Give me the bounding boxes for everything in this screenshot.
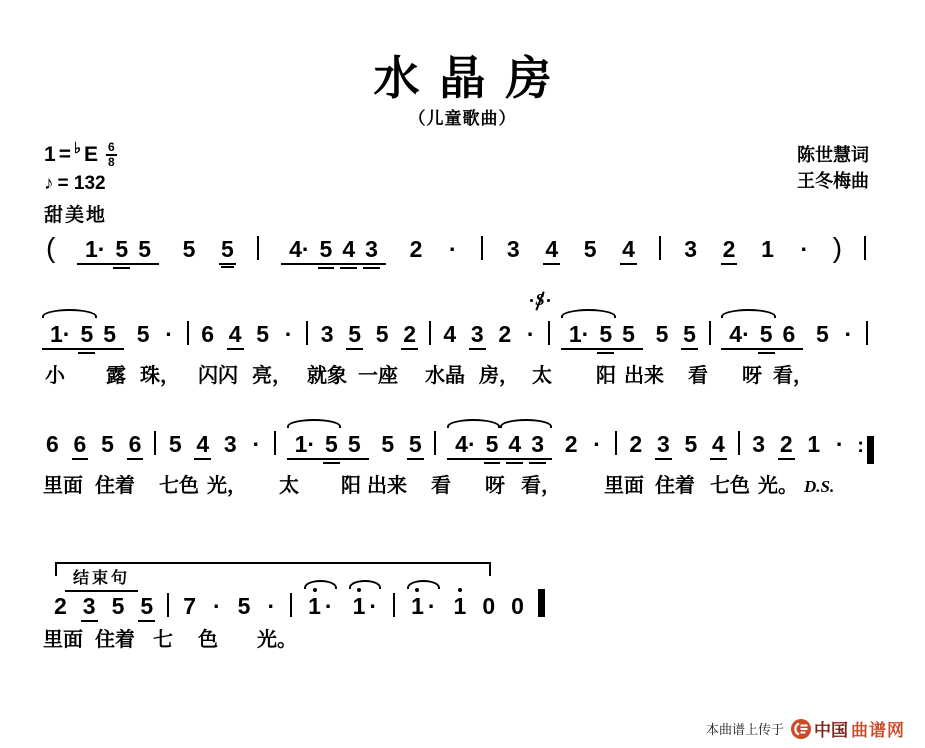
note: 2 (401, 323, 418, 350)
thick-bar (867, 436, 874, 464)
note: 5 (315, 238, 338, 261)
duration-dot: · (264, 595, 278, 618)
lyric-syllable: 阳 (596, 364, 616, 388)
note: 1 (351, 595, 368, 618)
lyric-syllable: 住着 (95, 474, 135, 498)
segno-icon: S (530, 290, 550, 314)
key-signature: 1 = ♭ E 6 8 (44, 140, 117, 168)
note: 1 (452, 595, 469, 618)
note: 2 (778, 433, 795, 460)
lyric-syllable: 太 (279, 474, 299, 498)
barline (709, 321, 711, 345)
barline (274, 431, 276, 455)
note: 3 (360, 238, 383, 261)
lyrics-line-1: 小露珠，闪闪亮，就象一座水晶房，太阳出来看呀看， (0, 364, 813, 388)
note: 5 (75, 323, 98, 346)
note: 3 (469, 323, 486, 350)
note: 6 (44, 433, 61, 456)
beam-group: 4·543 (281, 238, 386, 265)
note: 5 (99, 433, 116, 456)
slur (287, 419, 342, 428)
note: 4 (441, 323, 458, 346)
beam-group: 1·55 (42, 323, 124, 350)
slur (447, 419, 499, 428)
slur (407, 580, 439, 589)
lyric-syllable: 阳 (341, 474, 361, 498)
note: 5 (133, 238, 156, 261)
note: 3 (505, 238, 522, 261)
lyric-syllable: 呀 (485, 474, 505, 498)
barline: S (548, 321, 550, 345)
music-line-1: (1·55554·5432·3454321·) (46, 232, 866, 265)
duration-dot: · (590, 433, 604, 456)
slur (304, 580, 336, 589)
tie-group: 1· (304, 595, 336, 618)
barline (481, 236, 483, 260)
composer-credit: 王冬梅曲 (797, 168, 869, 194)
duration-dot: · (833, 433, 847, 456)
beam-group: 1·55 (287, 433, 369, 460)
note: 5 (343, 433, 366, 456)
barline (187, 321, 189, 345)
expression-marking: 甜美地 (44, 200, 117, 227)
lyric-syllable: 出来 (367, 474, 407, 498)
lyric-syllable: 光。 (257, 628, 297, 652)
note: 5 (346, 323, 363, 350)
lyric-syllable: 呀 (742, 364, 762, 388)
score-meta: 1 = ♭ E 6 8 ♪ = 132 甜美地 (44, 140, 117, 227)
note: 5 (181, 238, 198, 261)
site-name-part1: 中国 (814, 716, 848, 741)
footer: 本曲谱上传于 中国 曲谱网 (706, 716, 905, 741)
note: 4 (337, 238, 360, 261)
duration-dot: · (524, 323, 538, 346)
note: 5 (594, 323, 617, 346)
note: 6 (199, 323, 216, 346)
note: 1· (80, 238, 110, 261)
meter-numerator: 6 (106, 141, 117, 156)
lyrics-line-2: 里面住着七色光，太阳出来看呀看，里面住着七色光。D.S. (0, 474, 834, 498)
lyric-syllable: 珠， (140, 364, 180, 388)
duration-dot: · (210, 595, 224, 618)
meter-denominator: 8 (108, 156, 115, 169)
note: · (323, 595, 335, 618)
barline (167, 593, 169, 617)
beam-group: 4·543 (447, 433, 552, 460)
lyric-syllable: 就象 (307, 364, 347, 388)
note: 1· (290, 433, 320, 456)
thick-bar (538, 589, 545, 617)
barline (866, 321, 868, 345)
note: 4 (710, 433, 727, 460)
lyric-syllable: 看， (521, 474, 561, 498)
note: 2 (627, 433, 644, 456)
slur (500, 419, 552, 428)
footer-note: 本曲谱上传于 (706, 719, 784, 738)
slur (42, 309, 97, 318)
note: 3 (81, 595, 98, 622)
note: 3 (750, 433, 767, 456)
note: 4 (227, 323, 244, 350)
note: 1· (564, 323, 594, 346)
duration-dot: · (446, 238, 460, 261)
note: 3 (526, 433, 549, 456)
note: 2 (408, 238, 425, 261)
slur (349, 580, 381, 589)
note: 5 (379, 433, 396, 456)
close-paren: ) (833, 232, 842, 264)
lyric-syllable: 房， (479, 364, 519, 388)
note: 3 (319, 323, 336, 346)
note: 5 (755, 323, 778, 346)
note: 3 (222, 433, 239, 456)
note: 4· (450, 433, 480, 456)
lyric-syllable: 看， (773, 364, 813, 388)
lyric-syllable: 住着 (655, 474, 695, 498)
tempo-marking: ♪ = 132 (44, 173, 117, 196)
repeat-dots: : (857, 435, 864, 458)
lyric-syllable: 里面 (43, 628, 83, 652)
note: 5 (407, 433, 424, 460)
flat-sign-icon: ♭ (74, 141, 81, 156)
page-title: 水晶房 (0, 42, 925, 108)
site-logo: 中国 曲谱网 (791, 716, 905, 741)
barline (864, 236, 866, 260)
lyric-syllable: 水晶 (425, 364, 465, 388)
lyricist-credit: 陈世慧词 (797, 142, 869, 168)
note: 1 (805, 433, 822, 456)
lyric-syllable: 看 (431, 474, 451, 498)
lyric-syllable: 出来 (624, 364, 664, 388)
note: 5 (138, 595, 155, 622)
note: 5 (582, 238, 599, 261)
note: 0 (480, 595, 497, 618)
barline (738, 431, 740, 455)
note: 5 (681, 323, 698, 350)
note: 6 (127, 433, 144, 460)
note: 4 (543, 238, 560, 265)
lyrics-line-3: 里面住着七色光。 (0, 628, 297, 652)
note: 5 (110, 238, 133, 261)
segno-dot (547, 299, 550, 302)
barline (257, 236, 259, 260)
barline (615, 431, 617, 455)
note: 3 (655, 433, 672, 460)
note: 5 (374, 323, 391, 346)
final-barline (538, 589, 545, 617)
note: 5 (682, 433, 699, 456)
lyric-syllable: 住着 (95, 628, 135, 652)
music-line-2: 1·555·645·3552432·S1·55554·565· (42, 318, 868, 350)
note: 5 (135, 323, 152, 346)
note: 2 (721, 238, 738, 265)
tie-group: 1· (349, 595, 381, 618)
barline (434, 431, 436, 455)
note: 4 (194, 433, 211, 460)
eighth-note-icon: ♪ (44, 173, 54, 196)
key-letter: E (84, 144, 98, 165)
lyric-syllable: 七 (153, 628, 173, 652)
lyric-syllable: 亮， (252, 364, 292, 388)
note: 5 (320, 433, 343, 456)
note: 5 (654, 323, 671, 346)
note: · (367, 595, 379, 618)
lyric-syllable: 一座 (358, 364, 398, 388)
barline (393, 593, 395, 617)
barline (290, 593, 292, 617)
beam-group: 1·55 (561, 323, 643, 350)
duration-dot: · (282, 323, 296, 346)
lyric-syllable: 里面 (43, 474, 83, 498)
note: 1· (45, 323, 75, 346)
note: 3 (682, 238, 699, 261)
note: 4 (620, 238, 637, 265)
beam-group: 1·55 (77, 238, 159, 265)
lyric-syllable: 光。 (758, 474, 798, 498)
lyric-syllable: 小 (45, 364, 65, 388)
beam-group: 4·56 (721, 323, 803, 350)
score-page: 水晶房 （儿童歌曲） 1 = ♭ E 6 8 ♪ = 132 甜美地 陈世慧词 … (0, 0, 925, 748)
note: 5 (617, 323, 640, 346)
lyric-syllable: 太 (532, 364, 552, 388)
segno-dot (530, 299, 533, 302)
open-paren: ( (46, 232, 55, 264)
lyric-syllable: 七色 (710, 474, 750, 498)
subtitle: （儿童歌曲） (0, 104, 925, 129)
note: 1 (306, 595, 323, 618)
note: 6 (72, 433, 89, 460)
time-signature: 6 8 (106, 141, 117, 169)
note: 5 (98, 323, 121, 346)
note: 1 (409, 595, 426, 618)
note: 2 (563, 433, 580, 456)
note: 5 (110, 595, 127, 618)
note: 5 (236, 595, 253, 618)
note: 4· (724, 323, 754, 346)
note: 7 (181, 595, 198, 618)
note: 2 (52, 595, 69, 618)
credits: 陈世慧词 王冬梅曲 (797, 142, 869, 194)
note: 5 (254, 323, 271, 346)
note: 5 (814, 323, 831, 346)
tempo-value: = 132 (58, 173, 106, 196)
lyric-syllable: 里面 (604, 474, 644, 498)
tie-group: 1· (407, 595, 439, 618)
note: 4· (284, 238, 314, 261)
site-name-part2: 曲谱网 (851, 716, 905, 741)
note: 4 (503, 433, 526, 456)
barline (429, 321, 431, 345)
lyric-syllable: 七色 (159, 474, 199, 498)
note: 5 (167, 433, 184, 456)
site-logo-icon (791, 719, 811, 739)
barline (306, 321, 308, 345)
lyric-syllable: 看 (688, 364, 708, 388)
note: 5 (481, 433, 504, 456)
slur (721, 309, 776, 318)
lyric-syllable: 色 (198, 628, 218, 652)
duration-dot: · (842, 323, 856, 346)
note: · (426, 595, 438, 618)
duration-dot: · (162, 323, 176, 346)
key-num: 1 (44, 144, 56, 165)
note: 1 (759, 238, 776, 261)
key-equals: = (59, 144, 71, 165)
note: 2 (496, 323, 513, 346)
duration-dot: · (249, 433, 263, 456)
note: 6 (778, 323, 801, 346)
lyric-syllable: 露 (106, 364, 126, 388)
repeat-end-barline: : (857, 436, 874, 464)
lyric-syllable: 光， (207, 474, 247, 498)
barline (659, 236, 661, 260)
duration-dot: · (797, 238, 811, 261)
barline (154, 431, 156, 455)
slur (561, 309, 616, 318)
note: 0 (509, 595, 526, 618)
note: 5 (219, 238, 236, 265)
lyric-syllable: D.S. (804, 477, 834, 497)
lyric-syllable: 闪闪 (198, 364, 238, 388)
music-line-4: 23557·5·1·1·1·100 (46, 586, 551, 622)
music-line-3: 6656543·1·55554·5432·2354321·: (44, 428, 874, 461)
